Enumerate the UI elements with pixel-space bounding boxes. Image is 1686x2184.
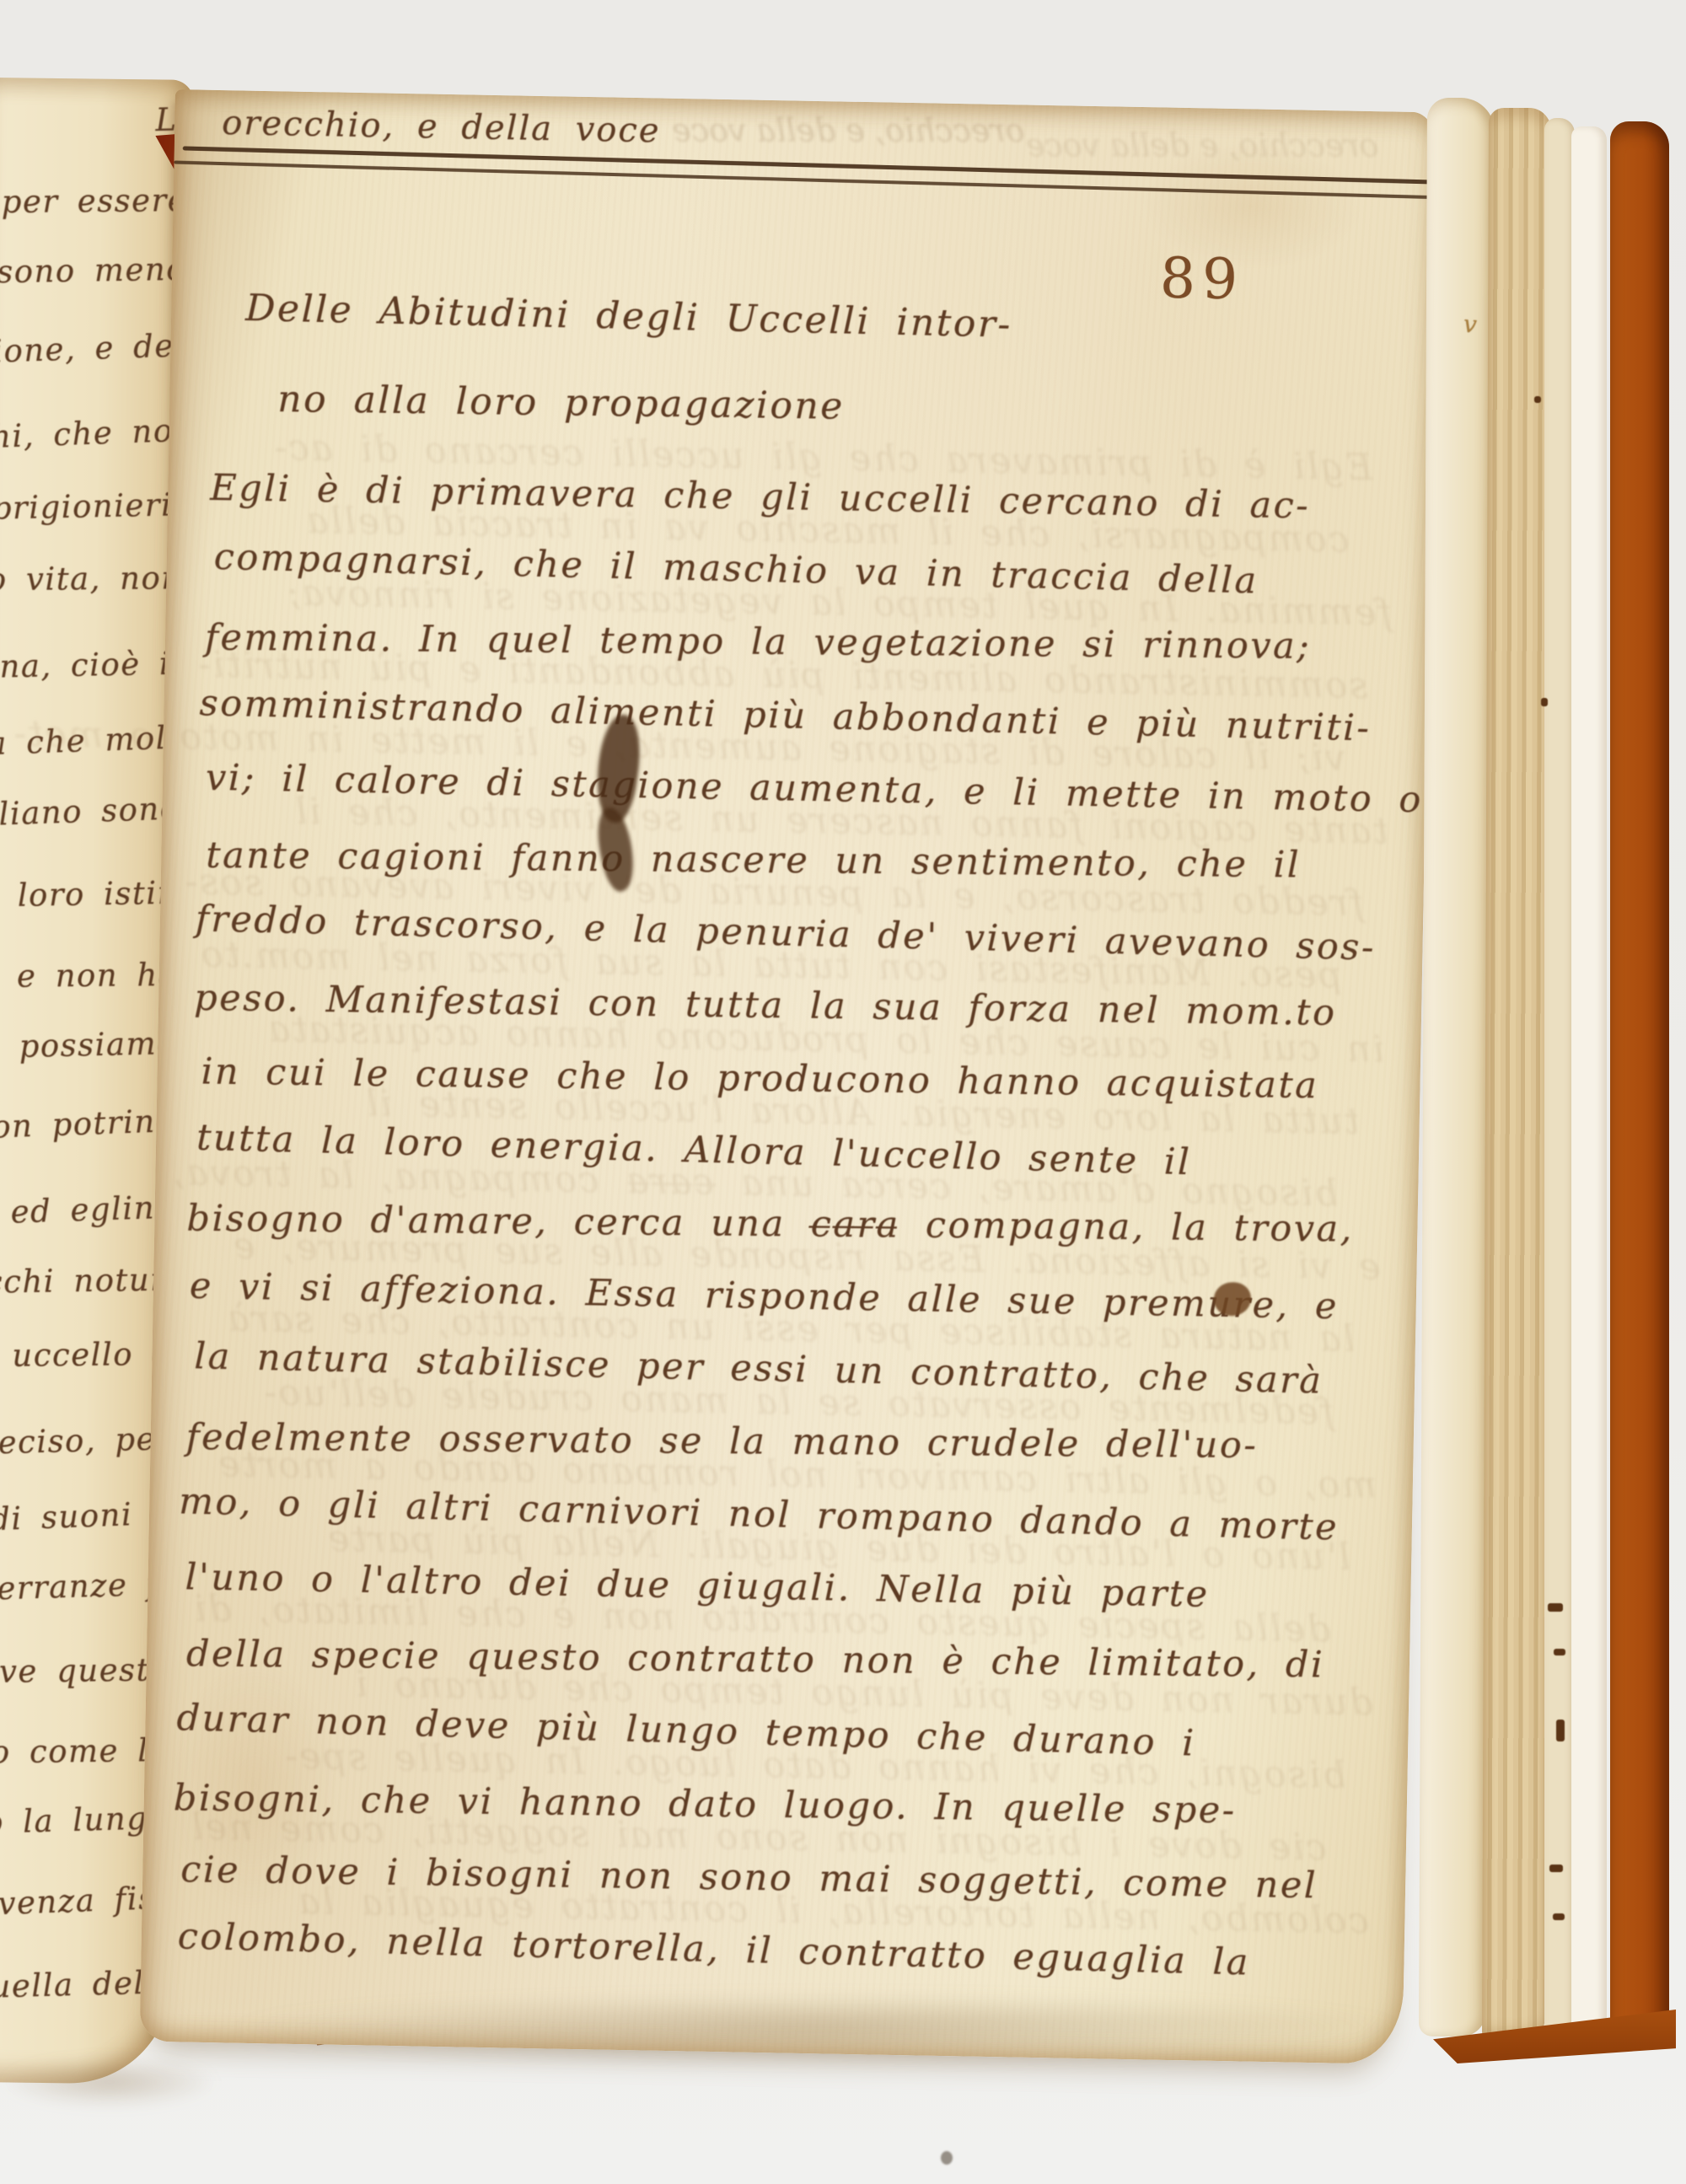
manuscript-page: Egli è di primavera che gli uccelli cerc… <box>140 89 1438 2064</box>
facing-page-fragment: ro vita, non <box>0 561 183 598</box>
manuscript-line: fedelmente osservato se la mano crudele … <box>186 1416 1259 1467</box>
facing-page-fragment: un uccello d <box>0 1336 174 1375</box>
facing-page-fragment: chi, che noi <box>0 412 185 456</box>
facing-page-fragment: preciso, per <box>0 1420 173 1462</box>
book-cover-edge <box>1610 121 1669 2042</box>
facing-page-fragment: ecchi notur. <box>0 1261 175 1301</box>
background-speck <box>941 2151 953 2165</box>
page-bottom-shadow <box>202 1994 1433 2062</box>
facing-page-fragment: ed eglino <box>10 1189 175 1231</box>
facing-page-fragment: do come le <box>0 1732 169 1771</box>
facing-page-fragment: di suoni a <box>0 1495 172 1538</box>
fore-edge-ink-mark <box>1556 1720 1565 1741</box>
page-edge-band <box>1544 118 1575 2042</box>
fore-edge-ink-mark <box>1553 1913 1565 1920</box>
fore-edge-ink-mark <box>1548 1603 1563 1612</box>
facing-page-fragment: riceve queste <box>0 1651 169 1690</box>
margin-mark: v <box>1463 309 1478 338</box>
fore-edge-ink-mark <box>1541 698 1548 706</box>
page-edge-band <box>1571 126 1607 2042</box>
facing-page-fragment: non possiamo <box>0 1025 177 1066</box>
page-number: 89 <box>1159 245 1244 312</box>
facing-page-fragment: prigionieri, <box>0 486 184 526</box>
facing-page-fragment: gliano sono <box>0 790 180 833</box>
facing-page-fragment: alterranze fl <box>0 1565 171 1607</box>
title-line: no alla loro propagazione <box>277 378 845 428</box>
running-header: orecchio, e della voce <box>222 104 661 151</box>
facing-page-fragment: di, e non ha <box>0 957 178 995</box>
facing-page-fragment: na, cioè il <box>0 646 182 685</box>
header-bleedthrough: orecchio, e della voce <box>1026 126 1378 164</box>
fore-edge-ink-mark <box>1549 1865 1563 1872</box>
photo-open-manuscript-book: L., per esseresono menozione, e delchi, … <box>0 0 1686 2184</box>
facing-page-fragment: e il loro istin <box>0 875 180 915</box>
facing-page-fragment: zione, e del <box>0 327 186 370</box>
facing-page-fragment: sono meno <box>0 251 187 290</box>
facing-page-fragment: non potrino <box>0 1103 177 1146</box>
fore-edge-ink-mark <box>1554 1649 1565 1655</box>
header-bleedthrough: orecchio, e della voce <box>672 111 1024 148</box>
facing-page-fragment: , per essere <box>0 182 187 220</box>
left-page-shadow <box>0 2057 219 2107</box>
fore-edge-ink-mark <box>1534 396 1541 403</box>
